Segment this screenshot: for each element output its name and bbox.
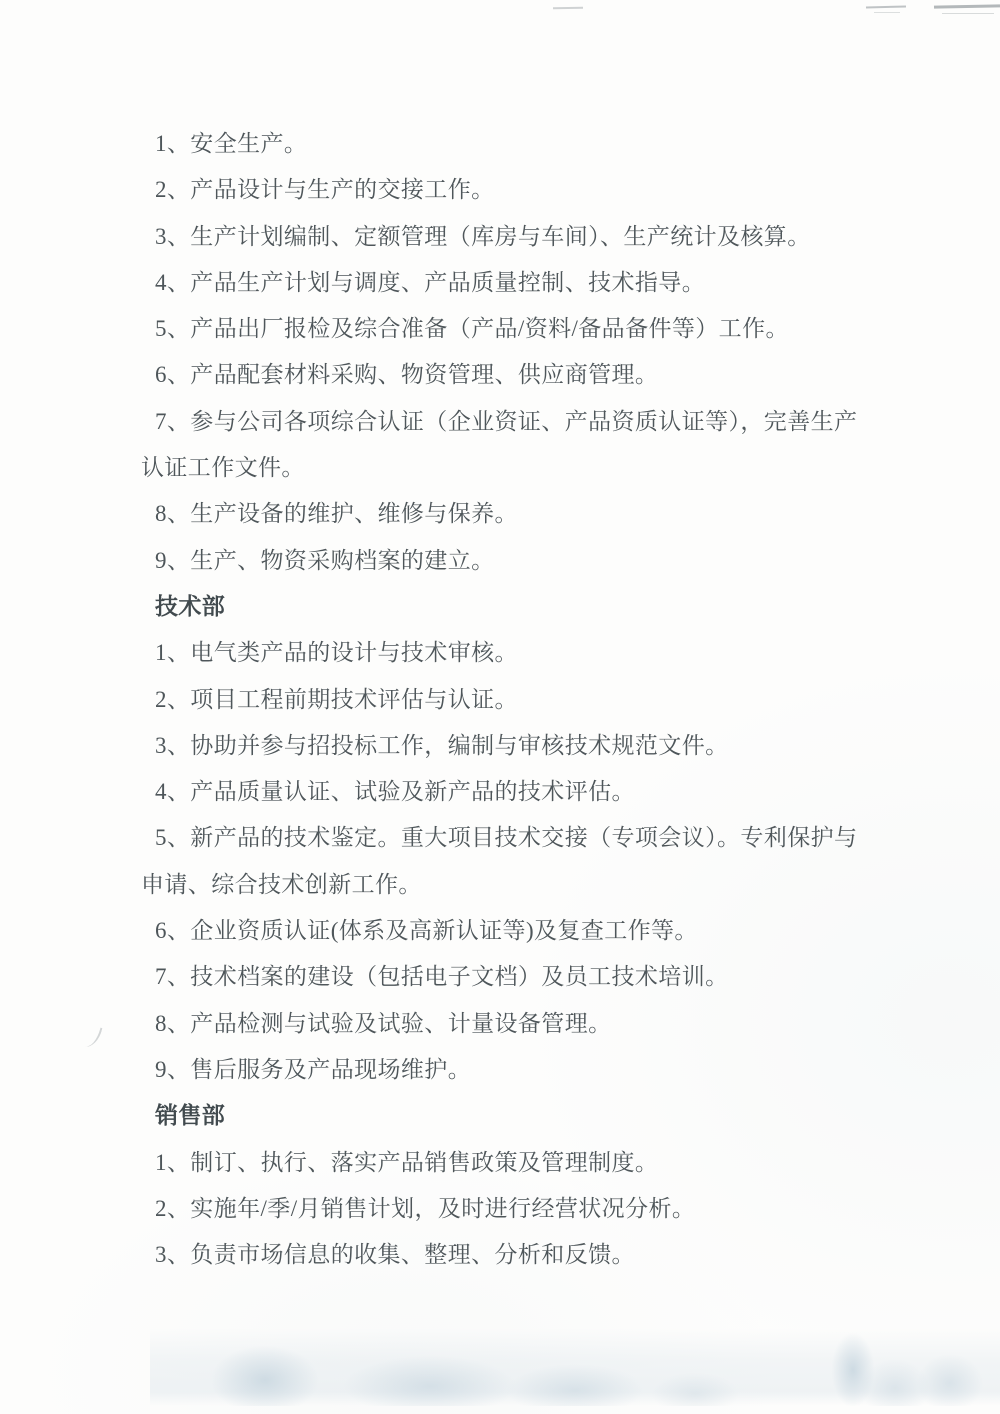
scanned-page: 1、安全生产。2、产品设计与生产的交接工作。3、生产计划编制、定额管理（库房与车… [0,0,1000,1414]
text-line: 1、安全生产。 [155,121,1000,167]
text-line: 6、企业资质认证(体系及高新认证等)及复查工作等。 [155,908,1000,954]
text-line: 2、实施年/季/月销售计划，及时进行经营状况分析。 [155,1186,1000,1232]
text-line: 2、项目工程前期技术评估与认证。 [155,677,1000,723]
scan-artifact-top-streak [942,13,994,14]
text-line: 4、产品质量认证、试验及新产品的技术评估。 [155,769,1000,815]
text-line: 7、参与公司各项综合认证（企业资证、产品资质认证等），完善生产 [155,399,1000,445]
text-line: 9、售后服务及产品现场维护。 [155,1047,1000,1093]
text-line: 5、新产品的技术鉴定。重大项目技术交接（专项会议）。专利保护与 [155,815,1000,861]
text-line: 2、产品设计与生产的交接工作。 [155,167,1000,213]
text-line: 1、制订、执行、落实产品销售政策及管理制度。 [155,1140,1000,1186]
text-line: 3、生产计划编制、定额管理（库房与车间）、生产统计及核算。 [155,214,1000,260]
text-line: 认证工作文件。 [141,445,1000,491]
scan-artifact-bottom-noise [150,1328,1000,1406]
text-line: 9、生产、物资采购档案的建立。 [155,538,1000,584]
scan-artifact-top-streak [934,4,1000,8]
text-line: 1、电气类产品的设计与技术审核。 [155,630,1000,676]
text-line: 申请、综合技术创新工作。 [141,862,1000,908]
text-line: 3、负责市场信息的收集、整理、分析和反馈。 [155,1232,1000,1278]
text-line: 7、技术档案的建设（包括电子文档）及员工技术培训。 [155,954,1000,1000]
section-heading: 技术部 [155,584,1000,630]
text-line: 5、产品出厂报检及综合准备（产品/资料/备品备件等）工作。 [155,306,1000,352]
text-line: 3、协助并参与招投标工作，编制与审核技术规范文件。 [155,723,1000,769]
scan-artifact-top-streak [874,12,900,13]
text-line: 4、产品生产计划与调度、产品质量控制、技术指导。 [155,260,1000,306]
text-line: 8、生产设备的维护、维修与保养。 [155,491,1000,537]
text-line: 8、产品检测与试验及试验、计量设备管理。 [155,1001,1000,1047]
scan-artifact-top-streak [866,5,906,8]
text-line: 6、产品配套材料采购、物资管理、供应商管理。 [155,352,1000,398]
document-body: 1、安全生产。2、产品设计与生产的交接工作。3、生产计划编制、定额管理（库房与车… [0,121,1000,1278]
section-heading: 销售部 [155,1093,1000,1139]
scan-artifact-top-streak [553,7,583,10]
